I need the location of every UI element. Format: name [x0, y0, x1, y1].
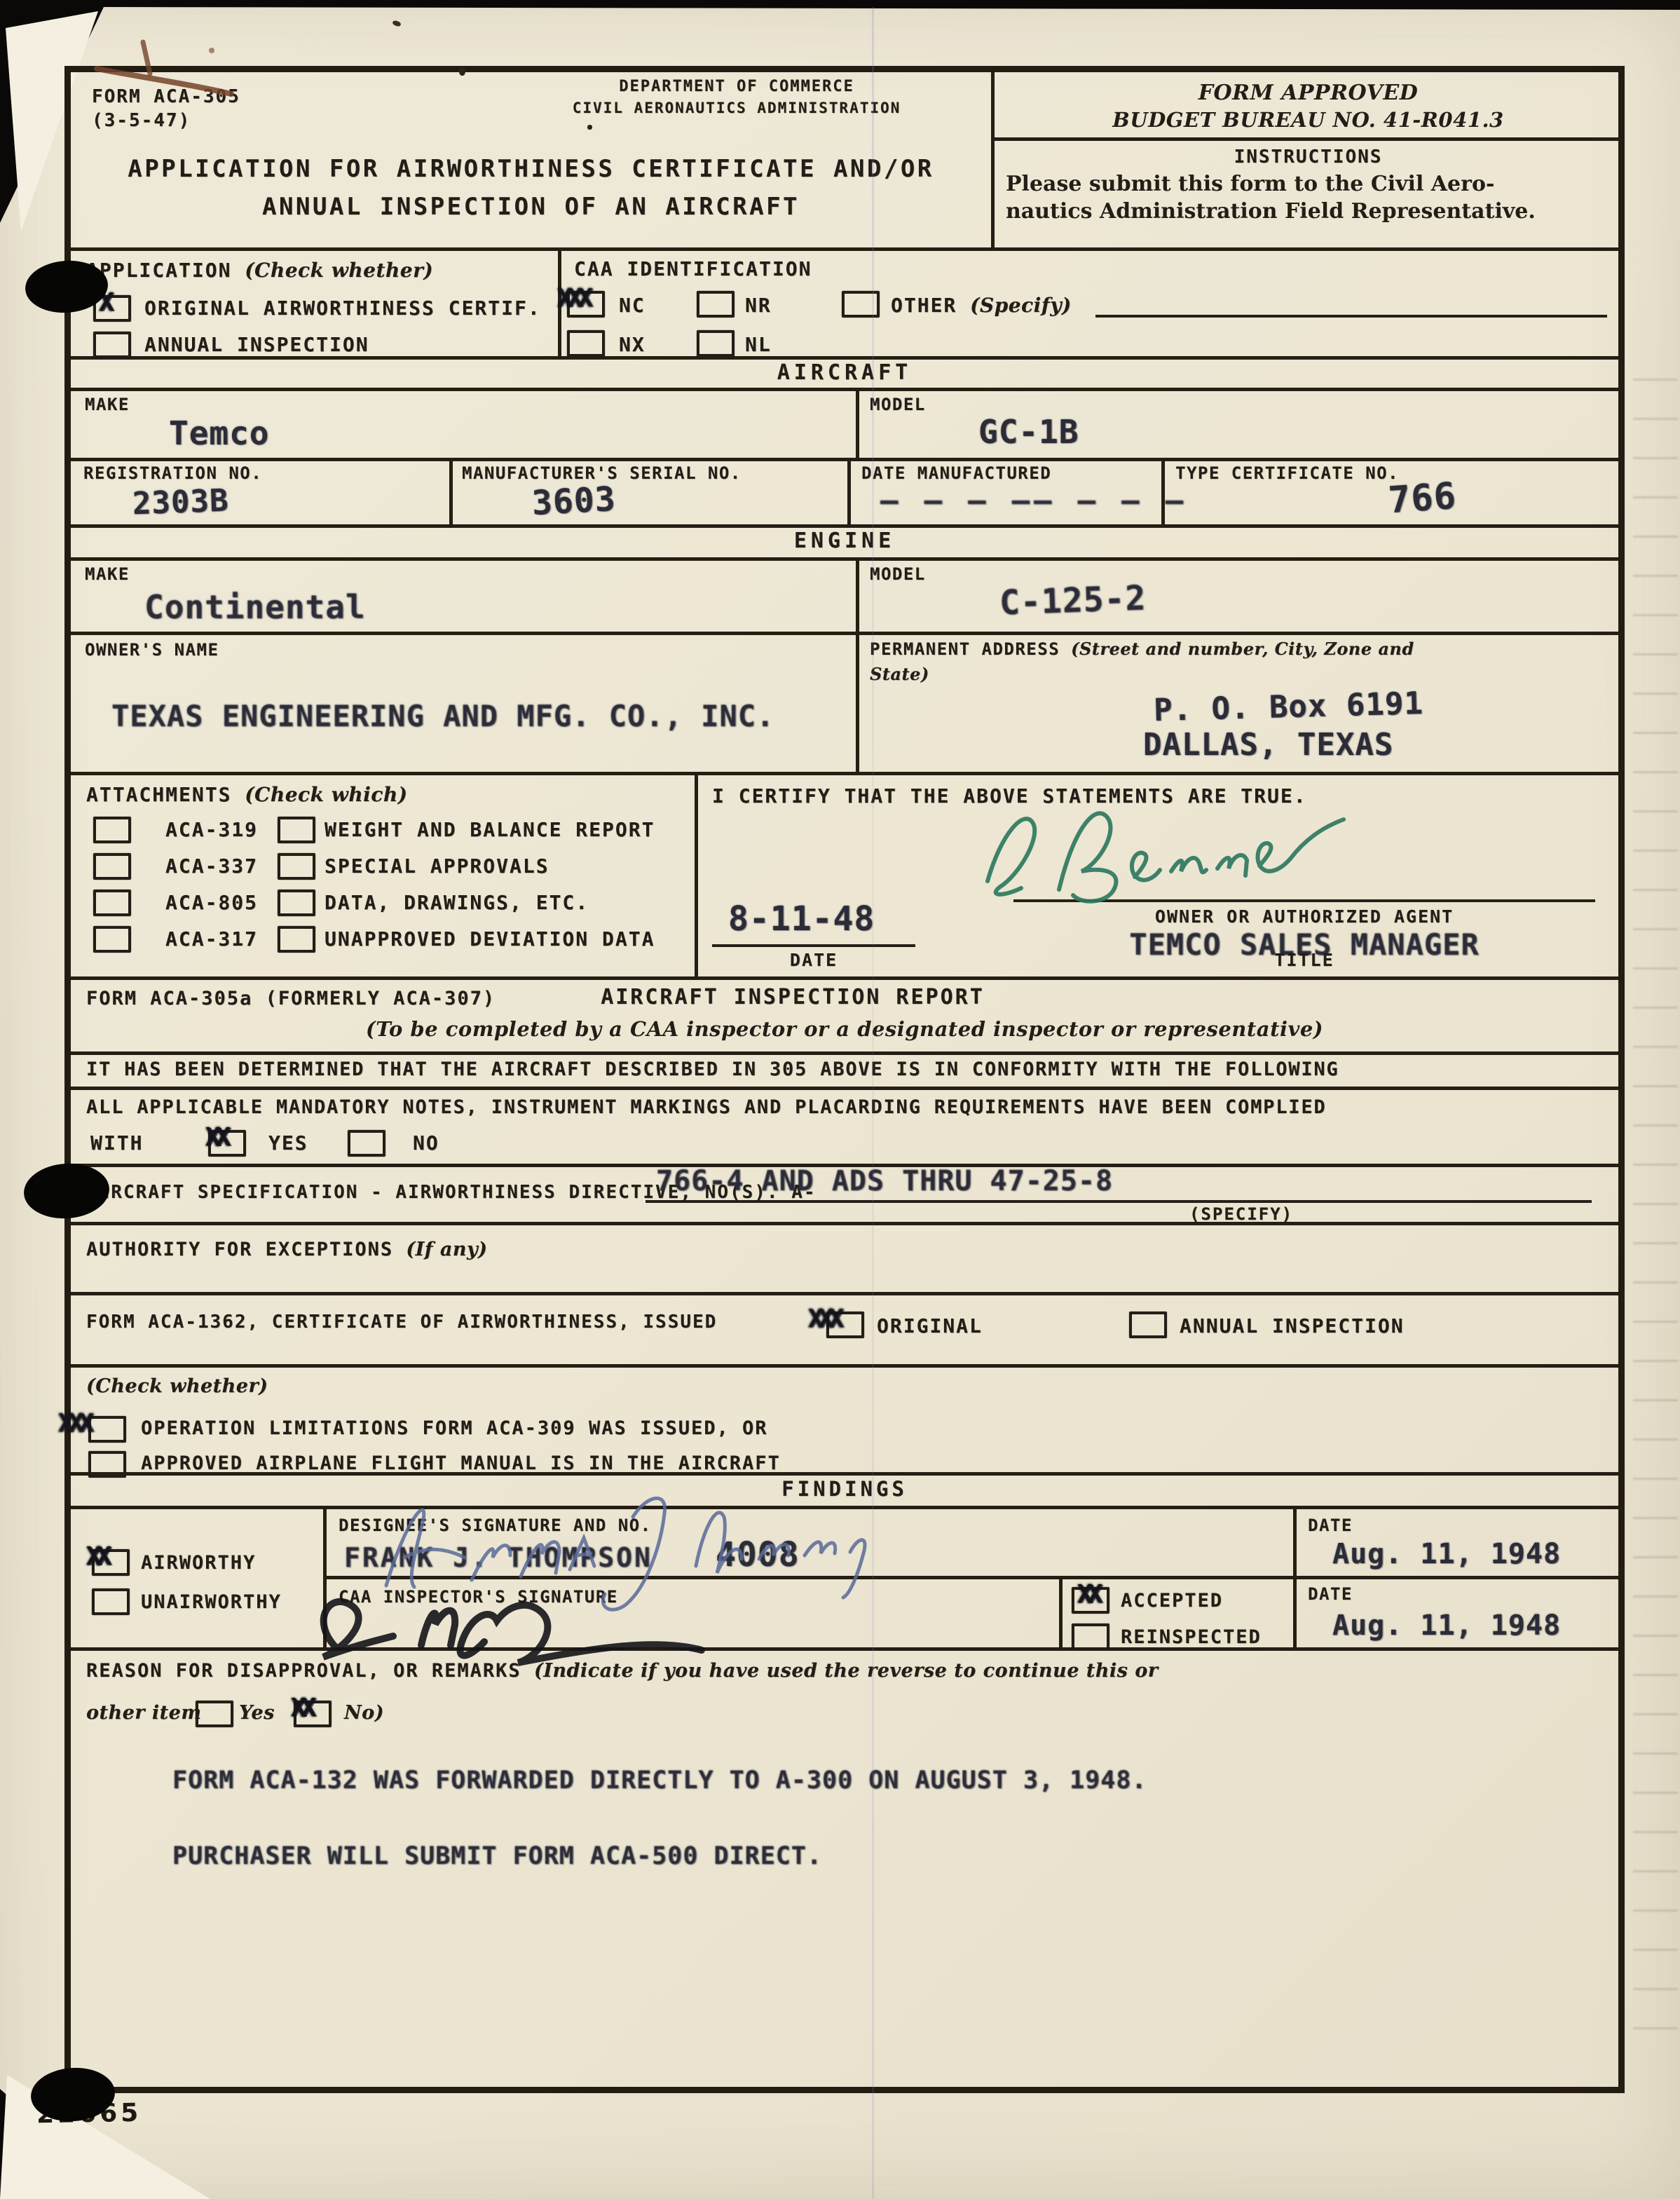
annual-inspection-label: ANNUAL INSPECTION [144, 333, 369, 356]
stain-speck [587, 125, 592, 130]
permanent-address-label: PERMANENT ADDRESS (Street and number, Ci… [870, 639, 1414, 659]
owner-name-value: TEXAS ENGINEERING AND MFG. CO., INC. [111, 699, 774, 733]
budget-approval: FORM APPROVED BUDGET BUREAU NO. 41-R041.… [995, 72, 1622, 141]
aircraft-detail-row: REGISTRATION NO. 2303B MANUFACTURER'S SE… [71, 458, 1618, 528]
data-drawings-label: DATA, DRAWINGS, ETC. [325, 891, 589, 914]
authority-row: AUTHORITY FOR EXCEPTIONS (If any) [71, 1222, 1618, 1295]
other-label: OTHER (Specify) [891, 294, 1072, 317]
instructions-line1: Please submit this form to the Civil Aer… [1006, 172, 1622, 196]
remarks-yes-label: Yes [239, 1702, 275, 1724]
remarks-line1: FORM ACA-132 WAS FORWARDED DIRECTLY TO A… [172, 1766, 1147, 1795]
owner-signature [954, 798, 1360, 911]
aca-337-label: ACA-337 [165, 855, 258, 878]
approval-box: FORM APPROVED BUDGET BUREAU NO. 41-R041.… [991, 72, 1622, 247]
weight-balance-label: WEIGHT AND BALANCE REPORT [325, 818, 655, 841]
checkbox-aca-319 [93, 817, 131, 843]
attachments-label: ATTACHMENTS (Check which) [86, 783, 407, 806]
issued-label: FORM ACA-1362, CERTIFICATE OF AIRWORTHIN… [86, 1312, 717, 1333]
no-label: NO [413, 1131, 439, 1155]
with-label: WITH [90, 1131, 143, 1155]
determination-row: IT HAS BEEN DETERMINED THAT THE AIRCRAFT… [71, 1051, 1618, 1090]
compliance-text: ALL APPLICABLE MANDATORY NOTES, INSTRUME… [86, 1096, 1326, 1118]
application-row: APPLICATION (Check whether) X ORIGINAL A… [71, 247, 1618, 360]
checkmark-accepted: XX [1077, 1580, 1098, 1609]
nl-label: NL [745, 333, 772, 356]
type-certificate-value: 766 [1387, 475, 1458, 522]
yes-label: YES [268, 1131, 308, 1155]
date-manufactured-value: — – – —— – – — [880, 483, 1187, 517]
original-airworthiness-label: ORIGINAL AIRWORTHINESS CERTIF. [144, 297, 541, 320]
owner-name-label: OWNER'S NAME [85, 640, 219, 660]
accepted-label: ACCEPTED [1121, 1590, 1223, 1612]
inspector-date-label: DATE [1308, 1584, 1353, 1604]
engine-make-value: Continental [144, 588, 366, 626]
pen-strike-mark [91, 35, 252, 105]
agency-line2: CIVIL AERONAUTICS ADMINISTRATION [519, 100, 954, 116]
aca-319-label: ACA-319 [165, 818, 258, 841]
checkbox-op-limits [88, 1416, 126, 1443]
aircraft-model-value: GC-1B [978, 413, 1079, 451]
other-blank-line [1095, 315, 1607, 318]
attachments-certify-row: ATTACHMENTS (Check which) ACA-319 WEIGHT… [71, 772, 1618, 980]
agency-line1: DEPARTMENT OF COMMERCE [519, 78, 954, 95]
check-whether-label: (Check whether) [86, 1375, 268, 1397]
address-line1: P. O. Box 6191 [1153, 686, 1423, 728]
checkbox-issued-annual [1129, 1312, 1167, 1338]
checkmark-op-limits: XXX [58, 1409, 89, 1438]
special-approvals-label: SPECIAL APPROVALS [325, 855, 549, 878]
engine-band-title: ENGINE [71, 529, 1618, 553]
agency-name: DEPARTMENT OF COMMERCE CIVIL AERONAUTICS… [519, 78, 954, 116]
authority-label: AUTHORITY FOR EXCEPTIONS (If any) [86, 1239, 487, 1260]
determination-text: IT HAS BEEN DETERMINED THAT THE AIRCRAFT… [86, 1058, 1339, 1080]
engine-make-label: MAKE [85, 564, 130, 584]
checkbox-complied-no [348, 1130, 385, 1157]
issued-annual-label: ANNUAL INSPECTION [1180, 1314, 1405, 1337]
designee-date-value: Aug. 11, 1948 [1332, 1538, 1561, 1570]
compliance-row: ALL APPLICABLE MANDATORY NOTES, INSTRUME… [71, 1087, 1618, 1167]
engine-make-model-row: MAKE Continental MODEL C-125-2 [71, 557, 1618, 635]
aca-317-label: ACA-317 [165, 927, 258, 951]
form-approved-line1: FORM APPROVED [995, 81, 1622, 105]
specify-wrap: (SPECIFY) [1101, 1204, 1381, 1224]
checkmark-complied-yes: XX [205, 1123, 226, 1152]
remarks-line2: PURCHASER WILL SUBMIT FORM ACA-500 DIREC… [172, 1842, 822, 1870]
remarks-section: REASON FOR DISAPPROVAL, OR REMARKS (Indi… [71, 1647, 1618, 2098]
title-caption: TITLE [1274, 950, 1334, 970]
date-manufactured-label: DATE MANUFACTURED [861, 463, 1051, 483]
divider [856, 388, 859, 458]
aca-805-label: ACA-805 [165, 891, 258, 914]
findings-table: XX AIRWORTHY UNAIRWORTHY DESIGNEE'S SIGN… [71, 1506, 1618, 1651]
report-title: AIRCRAFT INSPECTION REPORT [601, 985, 985, 1009]
page-title: APPLICATION FOR AIRWORTHINESS CERTIFICAT… [71, 155, 991, 221]
spec-value: 766-4 AND ADS THRU 47-25-8 [656, 1165, 1113, 1197]
title-caption-wrap: TITLE [1013, 950, 1595, 970]
divider [856, 557, 859, 632]
checkbox-aca-317 [93, 926, 131, 953]
form-edition: (3-5-47) [92, 110, 191, 131]
application-label: APPLICATION (Check whether) [86, 259, 433, 282]
checkmark-issued-original: XXX [808, 1305, 839, 1333]
specify-caption: (SPECIFY) [1189, 1204, 1293, 1224]
fold-crease [872, 7, 874, 2199]
inspection-report-header: FORM ACA-305a (FORMERLY ACA-307) AIRCRAF… [71, 976, 1618, 1055]
aircraft-section-band: AIRCRAFT [71, 356, 1618, 391]
date-caption: DATE [790, 950, 838, 970]
designee-date-label: DATE [1308, 1516, 1353, 1535]
checkbox-annual-inspection [93, 332, 131, 358]
permanent-address-label-2: State) [870, 664, 929, 684]
report-subtitle: (To be completed by a CAA inspector or a… [366, 1017, 1323, 1041]
aircraft-make-value: Temco [169, 414, 269, 452]
issued-original-label: ORIGINAL [877, 1314, 983, 1337]
unairworthy-label: UNAIRWORTHY [141, 1591, 282, 1613]
remarks-no-label: No) [344, 1702, 384, 1724]
op-limits-label: OPERATION LIMITATIONS FORM ACA-309 WAS I… [141, 1417, 768, 1439]
scanned-document: FORM ACA-305 (3-5-47) DEPARTMENT OF COMM… [0, 0, 1680, 2199]
stain-speck [459, 67, 465, 76]
inspector-date-value: Aug. 11, 1948 [1332, 1609, 1561, 1642]
aircraft-make-model-row: MAKE Temco MODEL GC-1B [71, 388, 1618, 461]
inspector-script-signature [281, 1579, 744, 1684]
instructions-box: INSTRUCTIONS Please submit this form to … [995, 141, 1622, 247]
checkbox-aca-337 [93, 853, 131, 880]
checkmark-nc: XXX [557, 284, 588, 313]
checkbox-reinspected [1072, 1623, 1109, 1650]
checkbox-unapproved-deviation [278, 926, 315, 953]
checkbox-weight-balance [278, 817, 315, 843]
reinspected-label: REINSPECTED [1121, 1626, 1262, 1648]
address-line2: DALLAS, TEXAS [1143, 727, 1393, 763]
divider [449, 458, 453, 524]
caa-identification-label: CAA IDENTIFICATION [574, 257, 812, 280]
aircraft-model-label: MODEL [870, 395, 926, 414]
certify-date-value: 8-11-48 [728, 899, 875, 939]
report-title-wrap: AIRCRAFT INSPECTION REPORT [547, 985, 1038, 1009]
checkbox-special-approvals [278, 853, 315, 880]
engine-section-band: ENGINE [71, 524, 1618, 561]
report-subtitle-wrap: (To be completed by a CAA inspector or a… [71, 1017, 1618, 1041]
checkbox-unairworthy [92, 1588, 130, 1615]
checkbox-aca-805 [93, 890, 131, 916]
serial-value: 3603 [531, 479, 617, 523]
title-line2: ANNUAL INSPECTION OF AN AIRCRAFT [71, 193, 991, 221]
other-item-label: other item [86, 1702, 201, 1724]
registration-value: 2303B [132, 483, 229, 522]
checkbox-nx [567, 330, 605, 357]
report-form-number: FORM ACA-305a (FORMERLY ACA-307) [86, 988, 496, 1009]
instructions-title: INSTRUCTIONS [995, 147, 1622, 168]
registration-label: REGISTRATION NO. [83, 463, 262, 483]
check-whether-row: (Check whether) XXX OPERATION LIMITATION… [71, 1364, 1618, 1476]
checkbox-nl [697, 330, 735, 357]
aircraft-band-title: AIRCRAFT [71, 360, 1618, 385]
flight-manual-label: APPROVED AIRPLANE FLIGHT MANUAL IS IN TH… [141, 1452, 781, 1474]
divider [847, 458, 851, 524]
divider [1059, 1576, 1063, 1647]
specification-row: AIRCRAFT SPECIFICATION - AIRWORTHINESS D… [71, 1164, 1618, 1225]
engine-model-value: C-125-2 [999, 578, 1147, 622]
form-body: FORM ACA-305 (3-5-47) DEPARTMENT OF COMM… [64, 66, 1625, 2093]
divider [856, 632, 859, 772]
owner-row: OWNER'S NAME TEXAS ENGINEERING AND MFG. … [71, 632, 1618, 775]
type-certificate-label: TYPE CERTIFICATE NO. [1175, 463, 1399, 483]
checkmark-remarks-no: XX [291, 1694, 311, 1722]
nc-label: NC [619, 294, 646, 317]
bleed-through-text [1633, 350, 1678, 2033]
airworthy-label: AIRWORTHY [141, 1552, 256, 1574]
checkbox-nr [697, 291, 735, 318]
nx-label: NX [619, 333, 646, 356]
nr-label: NR [745, 294, 772, 317]
date-caption-wrap: DATE [712, 950, 915, 970]
spec-line [646, 1200, 1592, 1203]
checkmark-airworthy: XX [86, 1542, 107, 1571]
unapproved-deviation-label: UNAPPROVED DEVIATION DATA [325, 927, 655, 951]
header-row: FORM ACA-305 (3-5-47) DEPARTMENT OF COMM… [71, 72, 1618, 251]
aircraft-make-label: MAKE [85, 395, 130, 414]
certificate-issued-row: FORM ACA-1362, CERTIFICATE OF AIRWORTHIN… [71, 1292, 1618, 1368]
divider [695, 772, 698, 976]
engine-model-label: MODEL [870, 564, 926, 584]
checkbox-data-drawings [278, 890, 315, 916]
instructions-line2: nautics Administration Field Representat… [1006, 199, 1622, 224]
title-line1: APPLICATION FOR AIRWORTHINESS CERTIFICAT… [71, 155, 991, 183]
date-line [712, 944, 915, 947]
checkbox-remarks-yes [196, 1701, 233, 1727]
form-approved-line2: BUDGET BUREAU NO. 41-R041.3 [995, 108, 1622, 132]
